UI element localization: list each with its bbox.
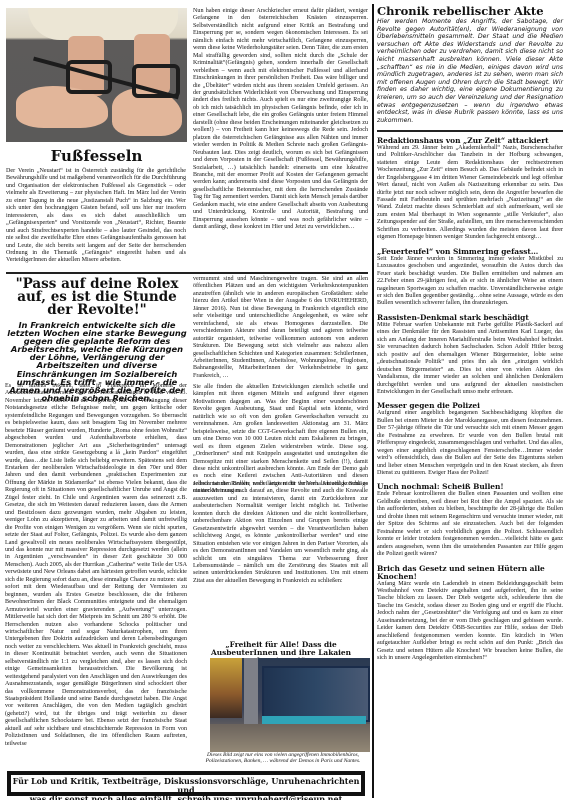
smashed-glass-panel: [262, 666, 370, 722]
article-fussfesseln-col1: Der Verein „Neustart“ ist in Österreich …: [6, 168, 186, 265]
chronik-entry: „Feuerteufel“ von Simmering gefasst… Sei…: [377, 248, 563, 308]
chronik-section: Chronik rebellischer Akte Hier werden Mo…: [377, 4, 563, 663]
chronik-entry: Brich das Gesetz und seinen Hütern alle …: [377, 565, 563, 663]
chronik-entry-text: Anfang März wurde ein Ladendieb in einem…: [377, 581, 563, 663]
storefront-photo: [210, 658, 370, 752]
section-divider: [6, 272, 368, 274]
chronik-entry-title: Redaktionshaus von „Zur Zeit“ attackiert: [377, 137, 563, 145]
column-divider: [372, 4, 374, 798]
article-fussfesseln-col2: Nun haben einige dieser Arschkriecher er…: [193, 8, 368, 232]
footer-line-1: Für Lob und Kritik, Textbeiträge, Diskus…: [11, 777, 361, 795]
chronik-intro: Hier werden Momente des Angriffs, der Sa…: [377, 18, 563, 124]
sidewalk: [210, 724, 370, 752]
chronik-entry-text: Ende Februar kontrollieren die Bullen ei…: [377, 491, 563, 558]
footer-line-2-email[interactable]: was dir sonst noch alles einfällt, schre…: [11, 795, 361, 800]
article-rolex-col1: Es ist allseits bekannt, dass in Frankre…: [5, 383, 187, 768]
article-rolex-col2b: Sie alle finden die aktuellen Entwicklun…: [193, 384, 368, 496]
chronik-entry: Rassisten-Denkmal stark beschädigt Mitte…: [377, 314, 563, 397]
chronik-entry: Unch nochmal: Scheiß Bullen! Ende Februa…: [377, 483, 563, 558]
chronik-entry-text: Mitte Februar warfen Unbekannte mit Farb…: [377, 322, 563, 397]
chronik-entry-text: Seit Ende Jänner wurden in Simmering imm…: [377, 256, 563, 308]
chronik-entry-title: Brich das Gesetz und seinen Hütern alle …: [377, 565, 563, 581]
chronik-entry-title: „Feuerteufel“ von Simmering gefasst…: [377, 248, 563, 256]
chronik-entry-text: Während am 29. Jänner beim „Akademikerba…: [377, 145, 563, 242]
chronik-entry-title: Unch nochmal: Scheiß Bullen!: [377, 483, 563, 491]
chronik-divider: [377, 130, 563, 132]
chronik-entry: Redaktionshaus von „Zur Zeit“ attackiert…: [377, 137, 563, 242]
feet-shackles-photo: [6, 8, 187, 142]
photo-caption: Dieses Bild zeigt nur eins von vielen an…: [196, 752, 370, 765]
article-title-fussfesseln: Fußfesseln: [6, 147, 187, 165]
article-title-rolex: "Pass auf deine Rolex auf, es ist die St…: [4, 278, 190, 317]
chronik-title: Chronik rebellischer Akte: [377, 4, 563, 18]
article-rolex-col2c: Jedoch ist die Revolte noch lange nicht …: [193, 481, 368, 585]
chronik-entry-title: Rassisten-Denkmal stark beschädigt: [377, 314, 563, 322]
teal-window-sill: [262, 716, 366, 724]
lit-shop-window: [210, 658, 242, 718]
concrete-pillar: [244, 658, 258, 728]
chronik-entry: Messer gegen die Polizei Aufgrund einer …: [377, 402, 563, 477]
contact-footer-box: Für Lob und Kritik, Textbeiträge, Diskus…: [7, 771, 365, 796]
article-rolex-col2a: vermummt sind und Maschinengewehre trage…: [193, 276, 368, 380]
chronik-entry-text: Aufgrund einer angeblich begangenen Sach…: [377, 410, 563, 477]
